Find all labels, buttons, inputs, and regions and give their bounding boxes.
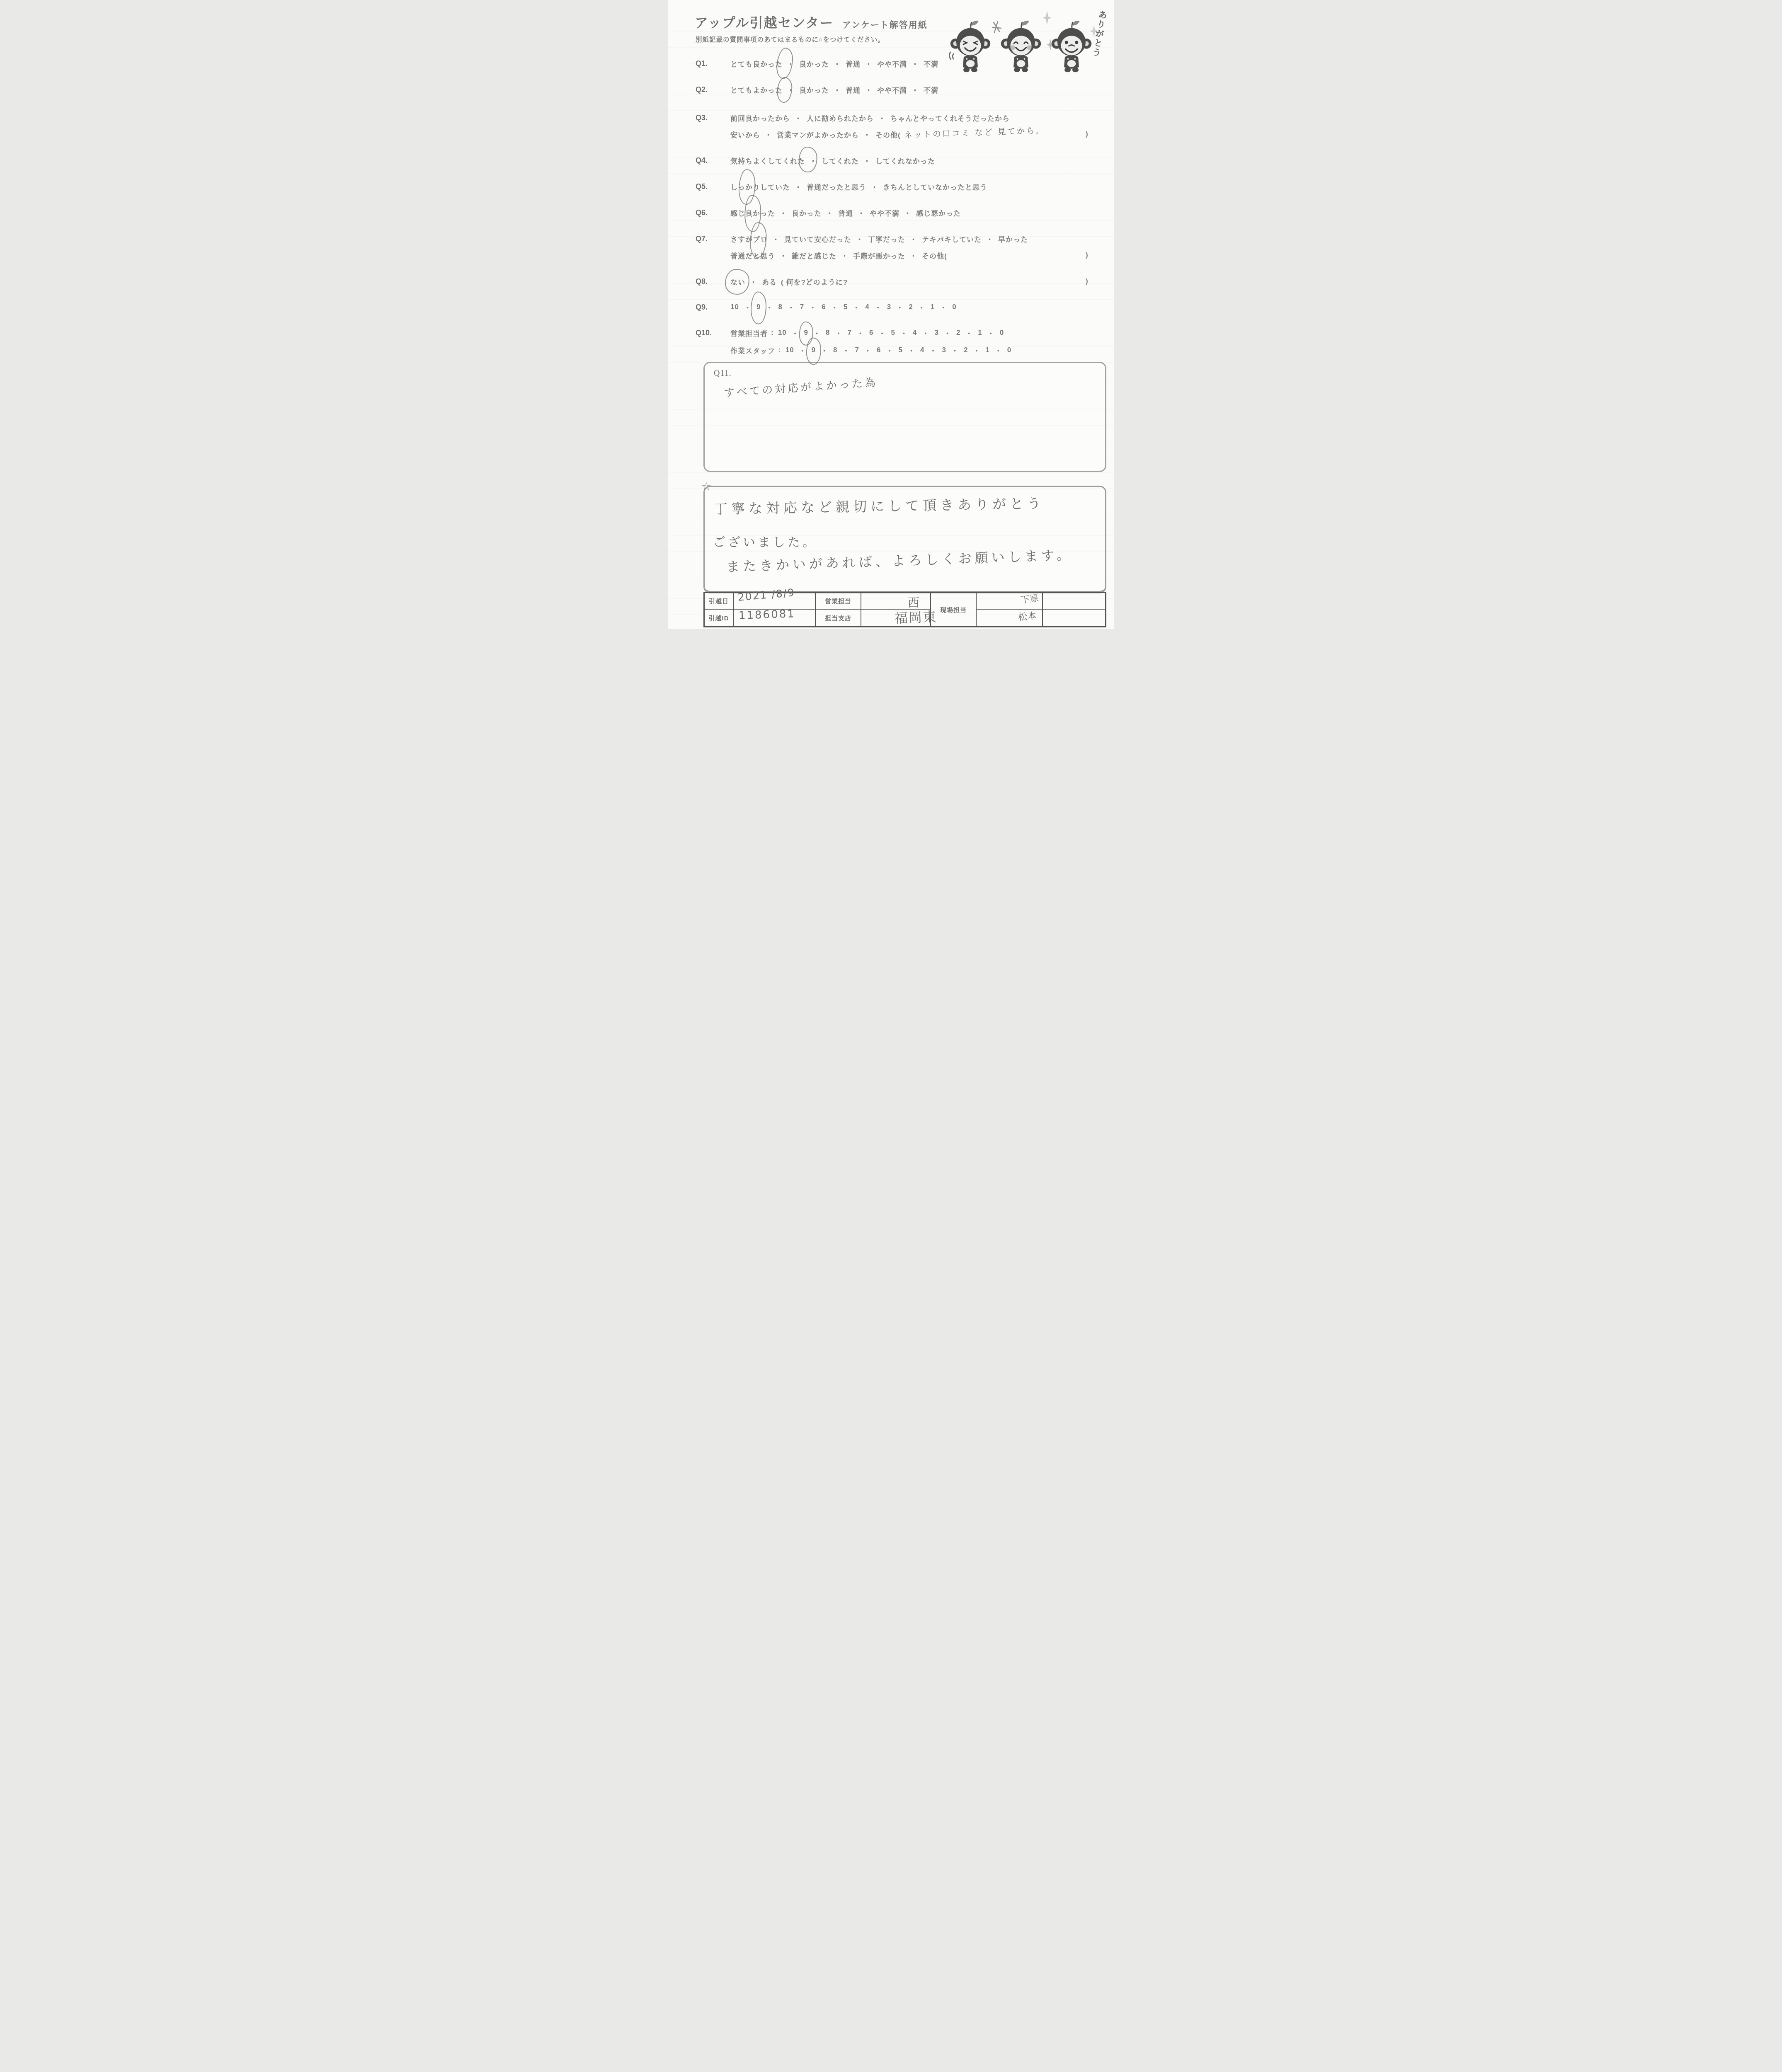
q7-option-2: 丁寧だった bbox=[868, 234, 905, 244]
q3-option2-0: 安いから bbox=[730, 129, 760, 140]
q4-option-1: してくれた bbox=[822, 155, 859, 166]
option-separator: ・ bbox=[865, 85, 873, 95]
q9-scale: 10・9・8・7・6・5・4・3・2・1・0 bbox=[730, 302, 957, 312]
q8-prompt: ( 何を?どのように? bbox=[781, 276, 848, 287]
option-separator: ・ bbox=[788, 302, 795, 312]
q6-option-1: 良かった bbox=[792, 208, 822, 218]
option-separator: ・ bbox=[878, 328, 886, 338]
q7-option-3: テキパキしていた bbox=[922, 234, 982, 244]
q5-option-0: しっかりしていた bbox=[730, 182, 790, 192]
q4-option-0: 気持ちよくしてくれた bbox=[730, 155, 805, 166]
option-separator: ・ bbox=[900, 328, 908, 338]
question-q5: Q5. しっかりしていた・普通だったと思う・きちんとしていなかったと思う bbox=[696, 181, 1114, 192]
q10-sales-score-0: 10 bbox=[778, 329, 787, 337]
q5-option-1: 普通だったと思う bbox=[807, 182, 866, 192]
option-separator: ・ bbox=[912, 85, 919, 95]
option-separator: ・ bbox=[780, 250, 787, 261]
q3-option-2: ちゃんとやってくれそうだったから bbox=[890, 113, 1010, 123]
option-separator: ・ bbox=[865, 58, 873, 69]
q7-option-1: 見ていて安心だった bbox=[784, 234, 851, 244]
free-comment-box: ☆ 丁寧な対応など親切にして頂きありがとう ございました。 またきかいがあれば、… bbox=[703, 486, 1106, 593]
q10-staff-score-9: 1 bbox=[985, 346, 989, 354]
option-separator: ・ bbox=[772, 234, 780, 244]
instruction-text: 別紙記載の質問事項のあてはまるものに○をつけてください。 bbox=[696, 35, 885, 44]
q7-option2-1: 雑だと感じた bbox=[792, 250, 836, 261]
question-q7-line1: Q7. さすがプロ・見ていて安心だった・丁寧だった・テキパキしていた・早かった bbox=[696, 233, 1114, 244]
q7-label: Q7. bbox=[696, 235, 730, 243]
q11-label: Q11. bbox=[714, 369, 732, 378]
comment-line-1: 丁寧な対応など親切にして頂きありがとう bbox=[714, 493, 1045, 518]
option-separator: ・ bbox=[965, 328, 973, 338]
option-separator: ・ bbox=[910, 250, 917, 261]
q10-staff-score-3: 7 bbox=[855, 346, 859, 354]
q10-sales-score-9: 1 bbox=[978, 329, 982, 337]
question-q9: Q9. 10・9・8・7・6・5・4・3・2・1・0 bbox=[696, 302, 1114, 312]
option-separator: ・ bbox=[986, 234, 994, 244]
q10-staff-score-7: 3 bbox=[942, 346, 946, 354]
option-separator: ・ bbox=[744, 302, 752, 312]
move-id-label: 引越ID bbox=[705, 610, 734, 626]
hand-drawn-circle bbox=[744, 195, 761, 232]
q9-score-8: 2 bbox=[909, 303, 913, 311]
q6-label: Q6. bbox=[696, 208, 730, 217]
q1-option-0: とても良かった bbox=[730, 58, 783, 69]
q9-score-6: 4 bbox=[865, 303, 869, 311]
q10-row1-name: 営業担当者 bbox=[730, 328, 768, 338]
q2-options: とてもよかった・良かった・普通・やや不満・不満 bbox=[730, 85, 938, 95]
q9-score-9: 1 bbox=[931, 303, 935, 311]
option-separator: ・ bbox=[951, 345, 959, 356]
q10-sales-score-2: 8 bbox=[826, 329, 830, 337]
option-separator: ・ bbox=[765, 129, 772, 140]
q7-option2-0: 普通だと思う bbox=[730, 250, 775, 261]
option-separator: ・ bbox=[929, 345, 937, 356]
hand-drawn-circle bbox=[751, 292, 766, 324]
q5-option-2: きちんとしていなかったと思う bbox=[883, 182, 987, 192]
option-separator: ・ bbox=[856, 234, 863, 244]
q8-close-paren: ) bbox=[1086, 277, 1089, 286]
option-separator: ・ bbox=[810, 155, 817, 166]
q6-option-2: 普通 bbox=[838, 208, 853, 218]
q6-options: 感じ良かった・良かった・普通・やや不満・感じ悪かった bbox=[730, 208, 961, 218]
q2-option-3: やや不満 bbox=[877, 85, 907, 95]
option-separator: ・ bbox=[886, 345, 893, 356]
q7-option2-2: 手際が悪かった bbox=[853, 250, 905, 261]
option-separator: ・ bbox=[813, 328, 821, 338]
q1-label: Q1. bbox=[696, 59, 730, 68]
q6-option-4: 感じ悪かった bbox=[916, 208, 961, 218]
q8-label: Q8. bbox=[696, 277, 730, 286]
option-separator: ・ bbox=[875, 302, 882, 312]
option-separator: ・ bbox=[826, 208, 834, 218]
q7-options-line2: 普通だと思う・雑だと感じた・手際が悪かった・その他( bbox=[730, 250, 947, 261]
q8-option-1: ある bbox=[762, 276, 777, 287]
q9-score-7: 3 bbox=[887, 303, 891, 311]
option-separator: ・ bbox=[910, 234, 917, 244]
q8-option-0: ない bbox=[730, 276, 745, 287]
option-separator: ・ bbox=[792, 328, 799, 338]
q4-options: 気持ちよくしてくれた・してくれた・してくれなかった bbox=[730, 155, 935, 166]
comment-line-2: ございました。 bbox=[713, 532, 817, 550]
q2-option-1: 良かった bbox=[799, 85, 829, 95]
q1-options: とても良かった・良かった・普通・やや不満・不満 bbox=[730, 58, 938, 69]
q9-score-4: 6 bbox=[822, 303, 826, 311]
question-q3-line1: Q3. 前回良かったから・人に勧められたから・ちゃんとやってくれそうだったから bbox=[696, 112, 1114, 123]
q10-staff-score-8: 2 bbox=[964, 346, 968, 354]
footer-info-table: 引越日 営業担当 現場担当 引越ID 担当支店 2021 /8/9 118608… bbox=[703, 592, 1106, 627]
q10-label: Q10. bbox=[696, 329, 730, 337]
option-separator: ・ bbox=[809, 302, 817, 312]
q9-score-5: 5 bbox=[844, 303, 848, 311]
q8-options: ない・ある bbox=[730, 276, 777, 287]
q10-sales-score-8: 2 bbox=[956, 329, 960, 337]
hand-drawn-circle bbox=[806, 338, 821, 365]
field-rep-label: 現場担当 bbox=[931, 593, 977, 626]
q6-option-0: 感じ良かった bbox=[730, 208, 775, 218]
q9-score-3: 7 bbox=[800, 303, 804, 311]
option-separator: ・ bbox=[908, 345, 915, 356]
q9-score-2: 8 bbox=[778, 303, 782, 311]
q10-row2-name: 作業スタッフ bbox=[730, 345, 775, 356]
q9-label: Q9. bbox=[696, 303, 730, 312]
option-separator: ・ bbox=[922, 328, 929, 338]
q3-option2-2: その他( bbox=[875, 129, 901, 140]
option-separator: ・ bbox=[841, 250, 849, 261]
branch-label: 担当支店 bbox=[816, 610, 861, 626]
field-rep-bottom-handwriting: 松本 bbox=[1018, 609, 1037, 623]
option-separator: ・ bbox=[863, 155, 871, 166]
q7-option-4: 早かった bbox=[998, 234, 1028, 244]
q10-row1-scale: 10・9・8・7・6・5・4・3・2・1・0 bbox=[778, 328, 1004, 338]
sales-rep-label: 営業担当 bbox=[816, 593, 861, 610]
q10-sales-score-7: 3 bbox=[934, 329, 938, 337]
q10-row2-scale: 10・9・8・7・6・5・4・3・2・1・0 bbox=[786, 345, 1012, 356]
empty-cell-top bbox=[1043, 593, 1105, 610]
q7-option2-3: その他( bbox=[922, 250, 947, 261]
option-separator: ・ bbox=[940, 302, 947, 312]
q10-staff-score-1: 9 bbox=[812, 346, 816, 354]
option-separator: ・ bbox=[821, 345, 828, 356]
q3-close-paren: ) bbox=[1086, 130, 1089, 138]
question-q3-line2: 安いから・営業マンがよかったから・その他( ネットの口コミ など 見てから, ) bbox=[696, 129, 1114, 140]
q4-option-2: してくれなかった bbox=[875, 155, 935, 166]
option-separator: ・ bbox=[766, 302, 773, 312]
question-q4: Q4. 気持ちよくしてくれた・してくれた・してくれなかった bbox=[696, 155, 1114, 166]
q3-label: Q3. bbox=[696, 114, 730, 122]
option-separator: ・ bbox=[799, 345, 807, 356]
option-separator: ・ bbox=[834, 58, 841, 69]
option-separator: ・ bbox=[864, 345, 872, 356]
option-separator: ・ bbox=[780, 208, 787, 218]
brand-title: アップル引越センター bbox=[695, 12, 834, 31]
q1-option-4: 不満 bbox=[924, 58, 938, 69]
q11-handwritten-answer: すべての対応がよかった為 bbox=[723, 374, 878, 400]
question-q8: Q8. ない・ある ( 何を?どのように? ) bbox=[696, 276, 1114, 287]
q10-sales-score-6: 4 bbox=[913, 329, 917, 337]
option-separator: ・ bbox=[843, 345, 850, 356]
q10-row1-colon: : bbox=[771, 329, 774, 337]
q3-option-1: 人に勧められたから bbox=[807, 113, 874, 123]
q10-staff-score-10: 0 bbox=[1007, 346, 1011, 354]
q4-label: Q4. bbox=[696, 156, 730, 165]
q10-sales-score-4: 6 bbox=[869, 329, 873, 337]
question-q7-line2: 普通だと思う・雑だと感じた・手際が悪かった・その他( ) bbox=[696, 250, 1114, 261]
q5-label: Q5. bbox=[696, 182, 730, 191]
option-separator: ・ bbox=[853, 302, 860, 312]
option-separator: ・ bbox=[834, 85, 841, 95]
question-q10-staff: 作業スタッフ : 10・9・8・7・6・5・4・3・2・1・0 bbox=[696, 345, 1114, 356]
q3-option2-1: 営業マンがよかったから bbox=[777, 129, 859, 140]
option-separator: ・ bbox=[912, 58, 919, 69]
option-separator: ・ bbox=[858, 208, 865, 218]
option-separator: ・ bbox=[904, 208, 912, 218]
q3-options-line1: 前回良かったから・人に勧められたから・ちゃんとやってくれそうだったから bbox=[730, 113, 1010, 123]
q3-other-handwriting: ネットの口コミ など 見てから, bbox=[904, 123, 1040, 140]
option-separator: ・ bbox=[835, 328, 843, 338]
q10-staff-score-0: 10 bbox=[786, 346, 794, 354]
scanned-questionnaire: アップル引越センター アンケート解答用紙 別紙記載の質問事項のあてはまるものに○… bbox=[668, 0, 1114, 629]
q3-options-line2: 安いから・営業マンがよかったから・その他( bbox=[730, 129, 901, 140]
q2-option-0: とてもよかった bbox=[730, 85, 783, 95]
move-id-handwriting: 1186081 bbox=[738, 608, 795, 622]
option-separator: ・ bbox=[831, 302, 839, 312]
question-q1: Q1. とても良かった・良かった・普通・やや不満・不満 bbox=[696, 58, 1114, 69]
option-separator: ・ bbox=[973, 345, 980, 356]
option-separator: ・ bbox=[795, 113, 802, 123]
q1-option-3: やや不満 bbox=[877, 58, 907, 69]
option-separator: ・ bbox=[878, 113, 886, 123]
q10-staff-score-5: 5 bbox=[898, 346, 902, 354]
q7-option-0: さすがプロ bbox=[730, 234, 768, 244]
option-separator: ・ bbox=[918, 302, 926, 312]
option-separator: ・ bbox=[863, 129, 871, 140]
option-separator: ・ bbox=[787, 58, 795, 69]
question-q2: Q2. とてもよかった・良かった・普通・やや不満・不満 bbox=[696, 84, 1114, 95]
question-q10-sales: Q10. 営業担当者 : 10・9・8・7・6・5・4・3・2・1・0 bbox=[696, 327, 1114, 338]
q10-staff-score-6: 4 bbox=[920, 346, 924, 354]
hand-drawn-circle bbox=[799, 321, 814, 345]
option-separator: ・ bbox=[995, 345, 1002, 356]
star-mark: ☆ bbox=[701, 480, 711, 493]
q9-score-10: 0 bbox=[952, 303, 956, 311]
q9-score-1: 9 bbox=[756, 303, 761, 311]
q10-sales-score-1: 9 bbox=[804, 329, 808, 337]
hand-drawn-circle bbox=[738, 169, 756, 205]
q2-option-2: 普通 bbox=[846, 85, 861, 95]
branch-handwriting: 福岡東 bbox=[894, 606, 937, 627]
option-separator: ・ bbox=[787, 85, 795, 95]
q9-score-0: 10 bbox=[730, 303, 739, 311]
q2-label: Q2. bbox=[696, 85, 730, 94]
option-separator: ・ bbox=[795, 182, 802, 192]
q10-row2-colon: : bbox=[778, 346, 781, 354]
option-separator: ・ bbox=[750, 276, 757, 287]
q3-option-0: 前回良かったから bbox=[730, 113, 790, 123]
q10-staff-score-4: 6 bbox=[877, 346, 881, 354]
q11-answer-box: Q11. すべての対応がよかった為 bbox=[703, 362, 1106, 472]
q10-staff-score-2: 8 bbox=[833, 346, 837, 354]
q6-option-3: やや不満 bbox=[870, 208, 899, 218]
q1-option-1: 良かった bbox=[799, 58, 829, 69]
q1-option-2: 普通 bbox=[846, 58, 861, 69]
q7-options-line1: さすがプロ・見ていて安心だった・丁寧だった・テキパキしていた・早かった bbox=[730, 234, 1028, 244]
q10-sales-score-3: 7 bbox=[848, 329, 852, 337]
option-separator: ・ bbox=[896, 302, 904, 312]
option-separator: ・ bbox=[944, 328, 951, 338]
q5-options: しっかりしていた・普通だったと思う・きちんとしていなかったと思う bbox=[730, 182, 987, 192]
question-q6: Q6. 感じ良かった・良かった・普通・やや不満・感じ悪かった bbox=[696, 207, 1114, 218]
option-separator: ・ bbox=[857, 328, 864, 338]
option-separator: ・ bbox=[871, 182, 878, 192]
option-separator: ・ bbox=[987, 328, 995, 338]
q10-sales-score-10: 0 bbox=[1000, 329, 1004, 337]
field-rep-top-handwriting: 下原 bbox=[1020, 591, 1040, 606]
move-date-label: 引越日 bbox=[705, 593, 734, 610]
q7-close-paren: ) bbox=[1086, 251, 1089, 259]
q10-sales-score-5: 5 bbox=[891, 329, 895, 337]
q2-option-4: 不満 bbox=[924, 85, 938, 95]
sheet-title: アンケート解答用紙 bbox=[842, 18, 928, 31]
empty-cell-bottom bbox=[1043, 610, 1105, 626]
